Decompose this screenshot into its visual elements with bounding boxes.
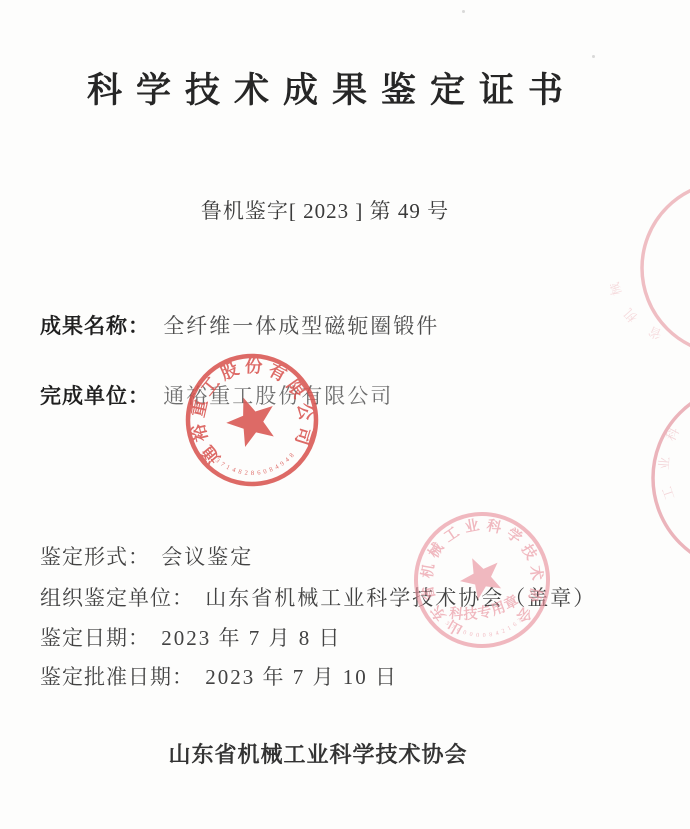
appraisal-form-value: 会议鉴定: [161, 545, 253, 569]
association-seal-stamp: 山东省机械工业科学技术协会 科技专用章 3700000842163: [389, 487, 576, 674]
company-seal-stamp: 通裕重工股份有限公司 37148286084948: [156, 324, 348, 516]
certificate-page: 科学技术成果鉴定证书 鲁机鉴字[ 2023 ] 第 49 号 成果名称： 全纤维…: [0, 0, 690, 829]
company-seal-serial: 37148286084948: [213, 446, 297, 482]
scan-speckle: [592, 55, 595, 58]
field-result-name: 成果名称： 全纤维一体成型磁轭圈锻件: [40, 310, 439, 340]
result-name-label: 成果名称：: [40, 315, 150, 338]
field-appraisal-form: 鉴定形式： 会议鉴定: [40, 541, 253, 571]
appraisal-date-value: 2023 年 7 月 8 日: [161, 626, 341, 650]
association-seal-ring: [409, 507, 554, 652]
partial-seal-top-right-text: 省机械: [610, 281, 664, 343]
field-organizing-unit: 组织鉴定单位： 山东省机械工业科学技术协会（盖章）: [40, 582, 596, 612]
appraisal-date-label: 鉴定日期：: [40, 626, 150, 650]
association-seal-ring-text: 山东省机械工业科学技术协会: [412, 510, 550, 641]
organizing-unit-value: 山东省机械工业科学技术协会（盖章）: [205, 586, 596, 610]
appraisal-form-label: 鉴定形式：: [40, 545, 150, 569]
certificate-title: 科学技术成果鉴定证书: [0, 63, 690, 113]
field-completion-unit: 完成单位： 通裕重工股份有限公司: [40, 380, 393, 410]
approval-date-value: 2023 年 7 月 10 日: [205, 665, 398, 689]
completion-unit-label: 完成单位：: [40, 385, 150, 408]
partial-seal-right-mid-text: 工业科: [656, 425, 682, 502]
approval-date-label: 鉴定批准日期：: [40, 665, 194, 689]
footer-organization: 山东省机械工业科学技术协会: [0, 738, 690, 769]
document-number: 鲁机鉴字[ 2023 ] 第 49 号: [0, 195, 690, 225]
result-name-value: 全纤维一体成型磁轭圈锻件: [163, 314, 439, 338]
partial-seal-right-mid: 工业科: [630, 370, 690, 590]
field-approval-date: 鉴定批准日期： 2023 年 7 月 10 日: [40, 661, 398, 691]
partial-seal-right-mid-ring: [653, 386, 690, 570]
association-seal-serial: 3700000842163: [444, 613, 525, 644]
organizing-unit-label: 组织鉴定单位：: [40, 586, 194, 610]
scan-speckle: [462, 10, 465, 13]
field-appraisal-date: 鉴定日期： 2023 年 7 月 8 日: [40, 622, 342, 652]
company-seal-ring: [180, 348, 325, 493]
completion-unit-value: 通裕重工股份有限公司: [163, 384, 393, 408]
